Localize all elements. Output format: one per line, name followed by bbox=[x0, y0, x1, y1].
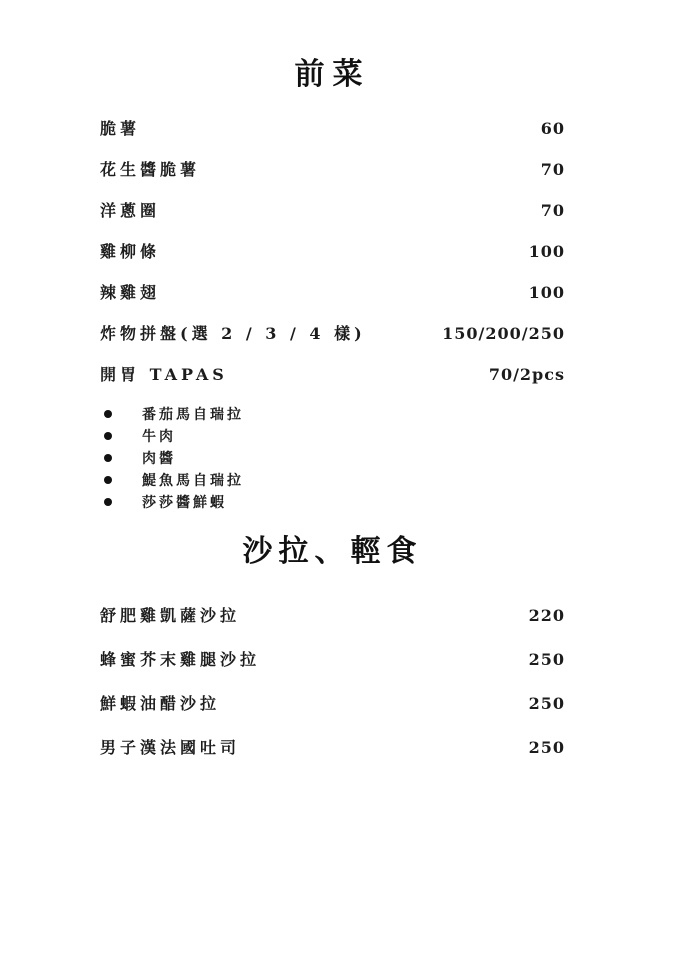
menu-item-price: 70 bbox=[541, 160, 565, 179]
menu-item-name: 男子漢法國吐司 bbox=[100, 735, 240, 758]
tapas-option-label: 番茄馬自瑞拉 bbox=[142, 404, 244, 424]
tapas-option-label: 莎莎醬鮮蝦 bbox=[142, 492, 227, 512]
menu-item-name: 脆薯 bbox=[100, 116, 140, 139]
menu-item-name: 花生醬脆薯 bbox=[100, 157, 200, 180]
menu-item-row: 鮮蝦油醋沙拉 250 bbox=[100, 691, 565, 711]
tapas-options-list: 番茄馬自瑞拉 牛肉 肉醬 鯷魚馬自瑞拉 莎莎醬鮮蝦 bbox=[100, 403, 565, 513]
menu-item-name: 開胃 TAPAS bbox=[100, 362, 228, 385]
menu-item-price: 150/200/250 bbox=[442, 324, 565, 343]
appetizers-list: 脆薯 60 花生醬脆薯 70 洋蔥圈 70 雞柳條 100 辣雞翅 100 炸物… bbox=[100, 116, 565, 382]
tapas-option: 肉醬 bbox=[100, 447, 565, 469]
menu-item-row: 蜂蜜芥末雞腿沙拉 250 bbox=[100, 647, 565, 667]
bullet-icon bbox=[104, 454, 112, 462]
bullet-icon bbox=[104, 410, 112, 418]
tapas-option-label: 肉醬 bbox=[142, 448, 176, 468]
menu-item-price: 250 bbox=[529, 738, 565, 757]
section-title-salads: 沙拉、輕食 bbox=[100, 533, 565, 571]
tapas-option-label: 牛肉 bbox=[142, 426, 176, 446]
menu-page: 前菜 脆薯 60 花生醬脆薯 70 洋蔥圈 70 雞柳條 100 辣雞翅 100… bbox=[0, 0, 679, 960]
menu-item-row: 花生醬脆薯 70 bbox=[100, 157, 565, 177]
bullet-icon bbox=[104, 476, 112, 484]
section-title-appetizers: 前菜 bbox=[100, 56, 565, 94]
menu-item-name: 洋蔥圈 bbox=[100, 198, 160, 221]
tapas-option: 番茄馬自瑞拉 bbox=[100, 403, 565, 425]
menu-item-row: 炸物拼盤(選 2 / 3 / 4 樣) 150/200/250 bbox=[100, 321, 565, 341]
menu-item-row: 雞柳條 100 bbox=[100, 239, 565, 259]
menu-item-row: 開胃 TAPAS 70/2pcs bbox=[100, 362, 565, 382]
menu-item-price: 220 bbox=[529, 606, 565, 625]
menu-item-name: 炸物拼盤(選 2 / 3 / 4 樣) bbox=[100, 321, 366, 344]
menu-item-row: 洋蔥圈 70 bbox=[100, 198, 565, 218]
menu-item-name: 雞柳條 bbox=[100, 239, 160, 262]
menu-item-row: 辣雞翅 100 bbox=[100, 280, 565, 300]
menu-item-name: 舒肥雞凱薩沙拉 bbox=[100, 603, 240, 626]
tapas-option: 牛肉 bbox=[100, 425, 565, 447]
menu-item-price: 70 bbox=[541, 201, 565, 220]
menu-item-price: 250 bbox=[529, 650, 565, 669]
menu-item-price: 100 bbox=[529, 242, 565, 261]
menu-item-row: 脆薯 60 bbox=[100, 116, 565, 136]
menu-item-row: 男子漢法國吐司 250 bbox=[100, 735, 565, 755]
menu-item-name: 蜂蜜芥末雞腿沙拉 bbox=[100, 647, 260, 670]
menu-item-price: 100 bbox=[529, 283, 565, 302]
menu-item-row: 舒肥雞凱薩沙拉 220 bbox=[100, 603, 565, 623]
tapas-option: 莎莎醬鮮蝦 bbox=[100, 491, 565, 513]
tapas-option: 鯷魚馬自瑞拉 bbox=[100, 469, 565, 491]
menu-item-name: 鮮蝦油醋沙拉 bbox=[100, 691, 220, 714]
menu-item-price: 60 bbox=[541, 119, 565, 138]
bullet-icon bbox=[104, 432, 112, 440]
bullet-icon bbox=[104, 498, 112, 506]
salads-list: 舒肥雞凱薩沙拉 220 蜂蜜芥末雞腿沙拉 250 鮮蝦油醋沙拉 250 男子漢法… bbox=[100, 603, 565, 755]
menu-item-name: 辣雞翅 bbox=[100, 280, 160, 303]
menu-item-price: 250 bbox=[529, 694, 565, 713]
menu-item-price: 70/2pcs bbox=[489, 365, 565, 384]
tapas-option-label: 鯷魚馬自瑞拉 bbox=[142, 470, 244, 490]
